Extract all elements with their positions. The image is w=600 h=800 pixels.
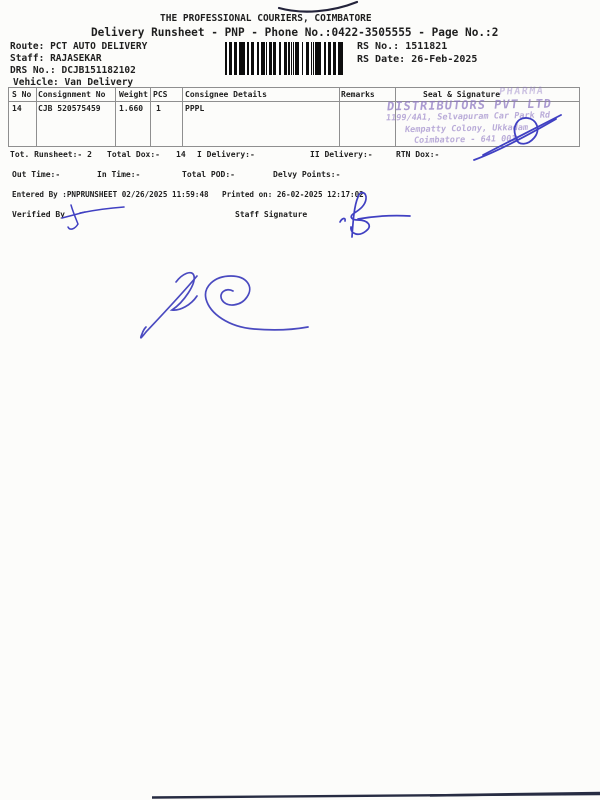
- row-weight: 1.660: [119, 104, 143, 113]
- rs-no-label: RS No.:: [357, 41, 399, 52]
- drs-label: DRS No.:: [10, 65, 56, 76]
- staff-label: Staff:: [10, 53, 44, 64]
- staff-signature: [340, 193, 410, 237]
- verified-by-label: Verified By: [12, 210, 65, 219]
- staff-value: RAJASEKAR: [50, 53, 101, 64]
- table-divider: [115, 88, 116, 146]
- route-field: Route: PCT AUTO DELIVERY: [10, 41, 147, 52]
- rs-date-label: RS Date:: [357, 54, 405, 65]
- table-divider: [36, 88, 37, 146]
- staff-field: Staff: RAJASEKAR: [10, 53, 102, 64]
- entered-by-text: Entered By :PNPRUNSHEET 02/26/2025 11:59…: [12, 190, 209, 199]
- runsheet-document: THE PROFESSIONAL COURIERS, COIMBATORE De…: [0, 0, 600, 800]
- i-delivery-label: I Delivery:-: [197, 150, 255, 159]
- out-time-label: Out Time:-: [12, 170, 60, 179]
- total-dox-value: 14: [176, 150, 186, 159]
- col-header-seal: Seal & Signature: [423, 90, 500, 99]
- page-title: THE PROFESSIONAL COURIERS, COIMBATORE: [160, 13, 372, 24]
- col-header-pcs: PCS: [153, 90, 167, 99]
- staff-signature-label: Staff Signature: [235, 210, 307, 219]
- ii-delivery-label: II Delivery:-: [310, 150, 373, 159]
- table-divider: [182, 88, 183, 146]
- drs-value: DCJB151182102: [62, 65, 136, 76]
- rs-date-value: 26-Feb-2025: [411, 54, 477, 65]
- row-sno: 14: [12, 104, 22, 113]
- rs-no-value: 1511821: [405, 41, 447, 52]
- printed-on-text: Printed on: 26-02-2025 12:17:02: [222, 190, 364, 199]
- route-value: PCT AUTO DELIVERY: [50, 41, 147, 52]
- route-label: Route:: [10, 41, 44, 52]
- pod-signature: [141, 273, 308, 338]
- table-divider: [395, 88, 396, 146]
- col-header-sno: S No: [12, 90, 31, 99]
- col-header-consignment: Consignment No: [38, 90, 105, 99]
- page-subtitle: Delivery Runsheet - PNP - Phone No.:0422…: [91, 26, 498, 39]
- col-header-weight: Weight: [119, 90, 148, 99]
- delvy-points-label: Delvy Points:-: [273, 170, 340, 179]
- row-consignee: PPPL: [185, 104, 204, 113]
- col-header-remarks: Remarks: [341, 90, 375, 99]
- tot-runsheet-value: 2: [87, 150, 92, 159]
- row-pcs: 1: [156, 104, 161, 113]
- scan-edge-line: [152, 793, 600, 798]
- tot-runsheet-label: Tot. Runsheet:-: [10, 150, 82, 159]
- total-pod-label: Total POD:-: [182, 170, 235, 179]
- rs-date-field: RS Date: 26-Feb-2025: [357, 54, 477, 65]
- in-time-label: In Time:-: [97, 170, 140, 179]
- table-header-separator: [9, 101, 579, 102]
- table-divider: [150, 88, 151, 146]
- verified-by-signature: [62, 205, 124, 229]
- top-edge-pen-stroke: [279, 2, 357, 12]
- row-consignment: CJB 520575459: [38, 104, 101, 113]
- barcode-icon: [225, 42, 343, 75]
- rs-no-field: RS No.: 1511821: [357, 41, 447, 52]
- rtn-dox-label: RTN Dox:-: [396, 150, 439, 159]
- col-header-consignee: Consignee Details: [185, 90, 267, 99]
- total-dox-label: Total Dox:-: [107, 150, 160, 159]
- table-divider: [339, 88, 340, 146]
- tot-runsheet-field: Tot. Runsheet:- 2: [10, 150, 92, 159]
- drs-field: DRS No.: DCJB151182102: [10, 65, 136, 76]
